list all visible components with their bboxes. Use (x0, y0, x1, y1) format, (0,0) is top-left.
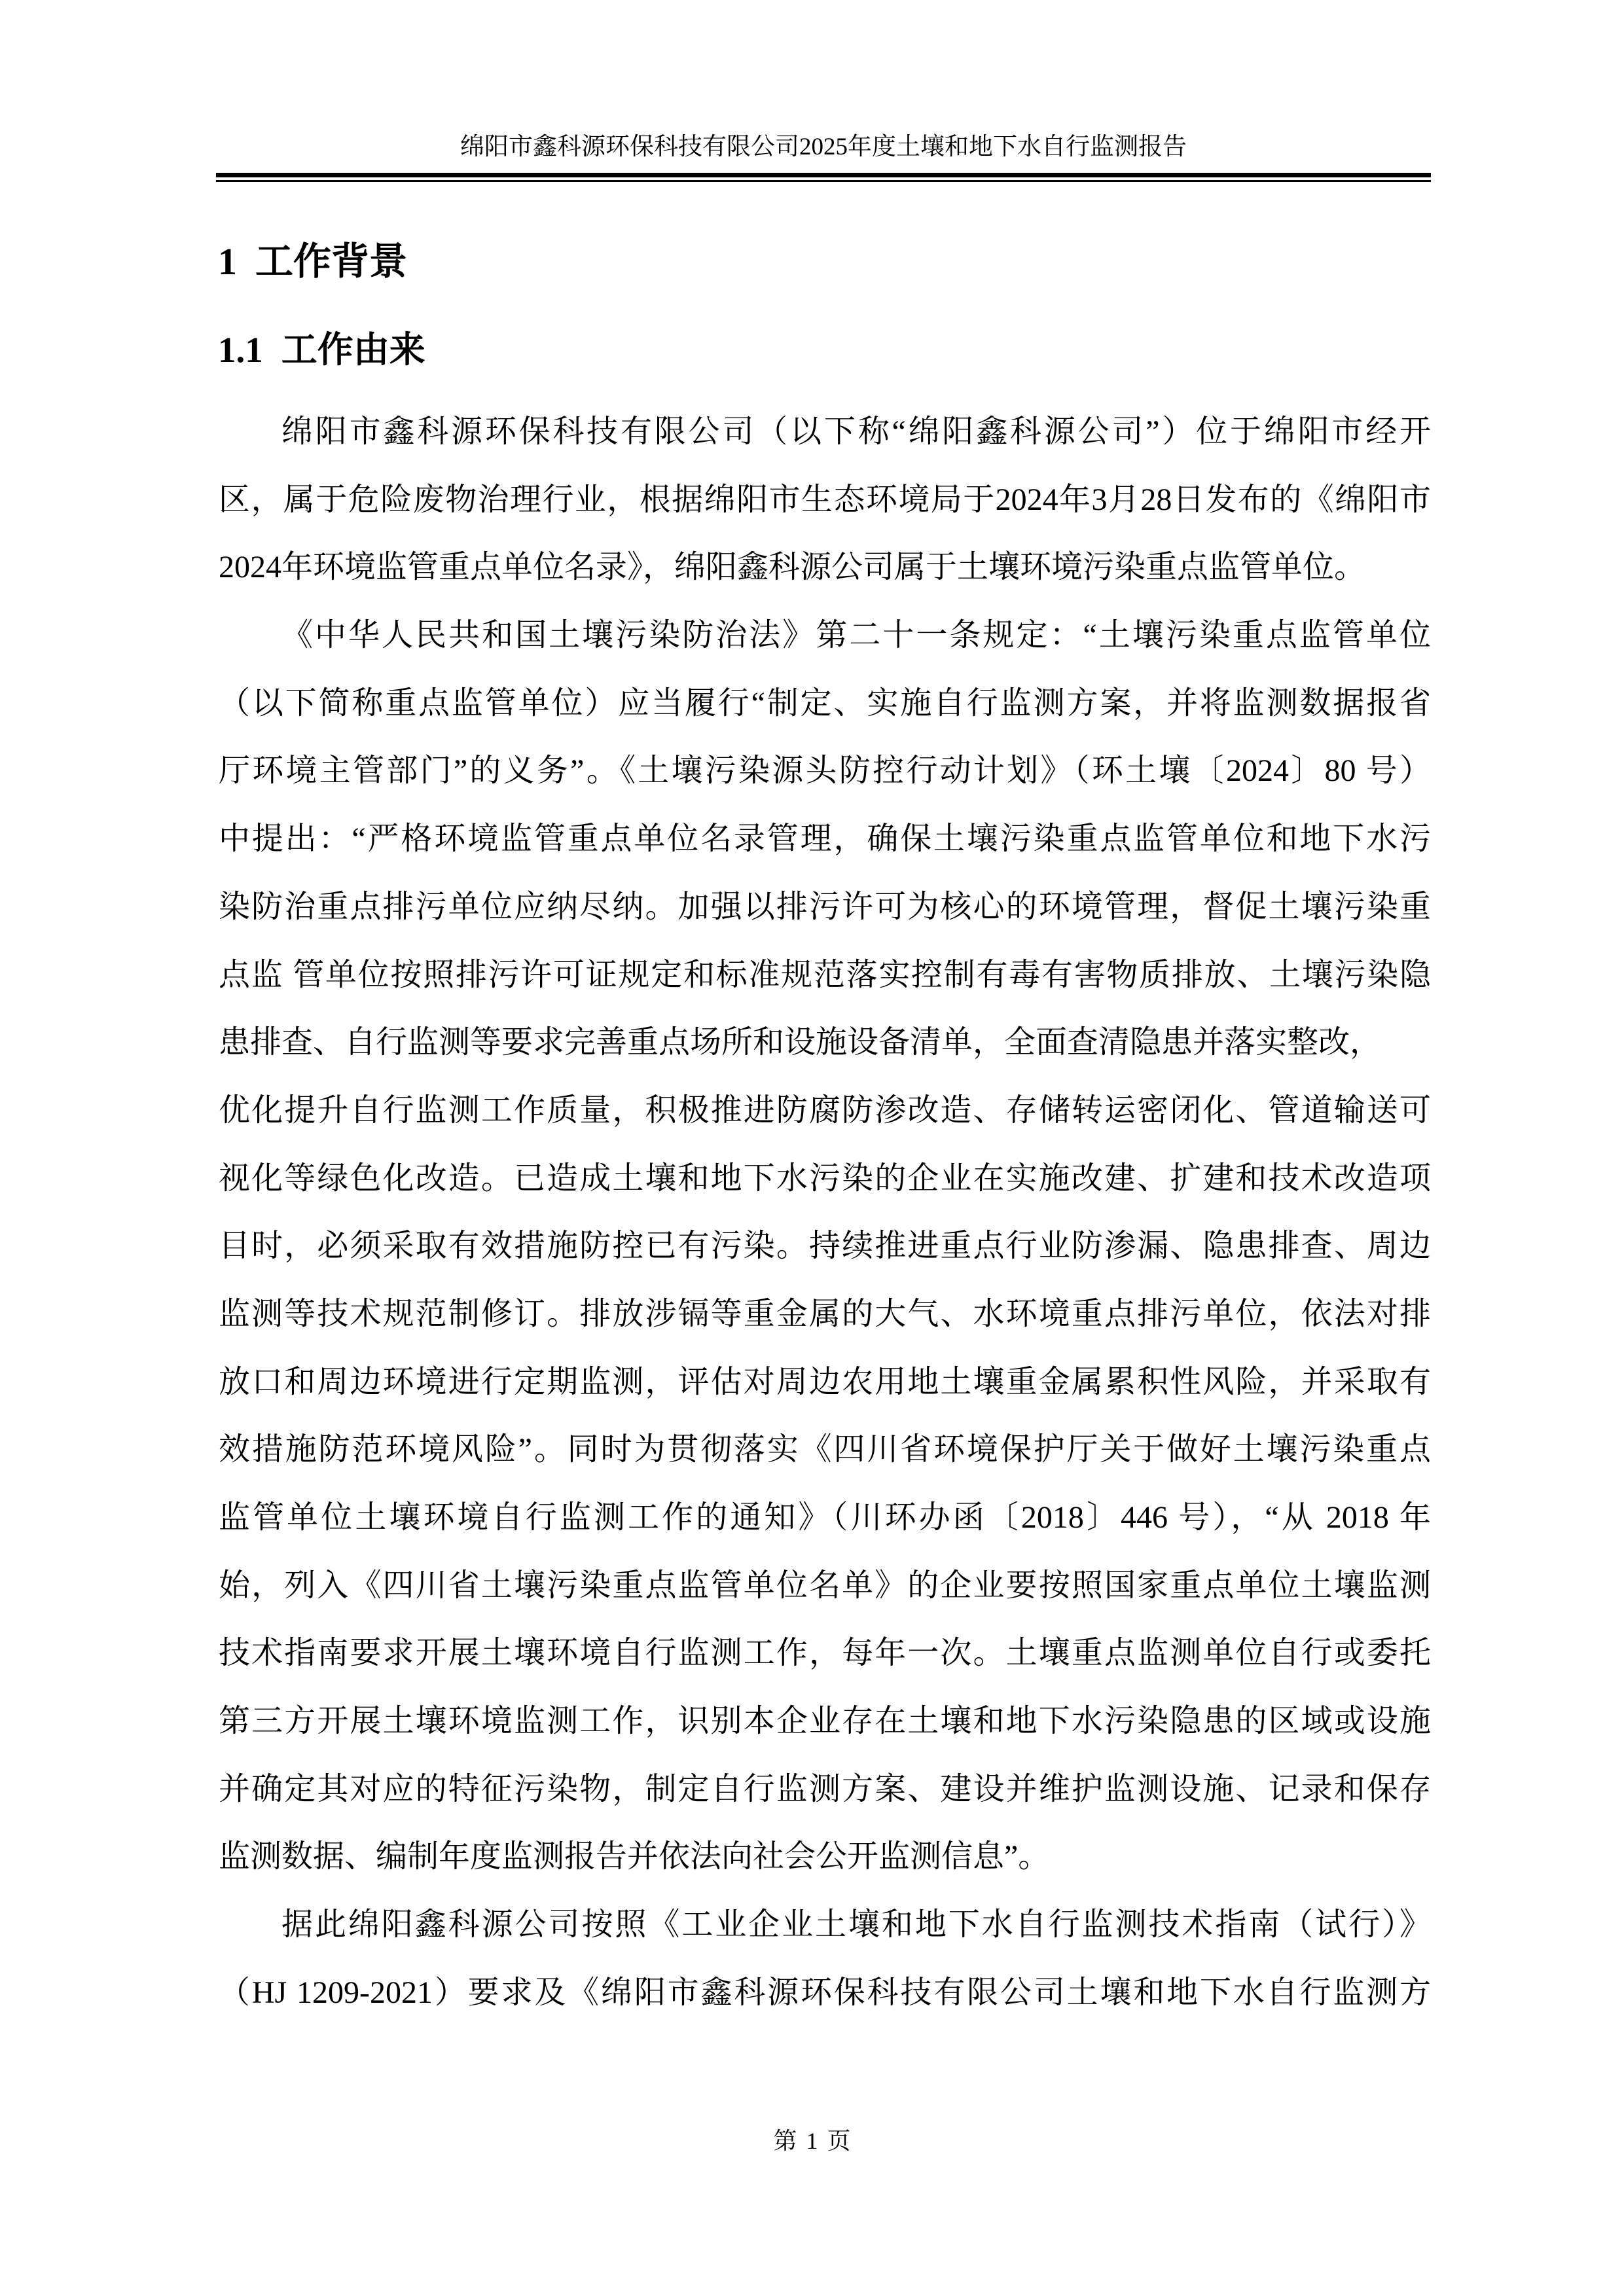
running-header: 绵阳市鑫科源环保科技有限公司2025年度土壤和地下水自行监测报告 (216, 131, 1431, 164)
subsection-title: 工作由来 (281, 330, 425, 370)
page-label-prefix: 第 (773, 2128, 797, 2154)
header-rule-thick (216, 173, 1431, 177)
text-line: 目时，必须采取有效措施防控已有污染。持续推进重点行业防渗漏、隐患排查、周边 (219, 1223, 1431, 1291)
section-number: 1 (218, 237, 237, 287)
text-line: 始，列入《四川省土壤污染重点监管单位名单》的企业要按照国家重点单位土壤监测 (219, 1562, 1431, 1630)
paragraph-company-intro: 绵阳市鑫科源环保科技有限公司（以下称“绵阳鑫科源公司”）位于绵阳市经开 区，属于… (219, 408, 1431, 612)
text-line: 染防治重点排污单位应纳尽纳。加强以排污许可为核心的环境管理，督促土壤污染重 (219, 884, 1431, 952)
text-line: 绵阳市鑫科源环保科技有限公司（以下称“绵阳鑫科源公司”）位于绵阳市经开 (219, 408, 1431, 476)
text-line: 患排查、自行监测等要求完善重点场所和设施设备清单，全面查清隐患并落实整改， (219, 1019, 1431, 1087)
text-line: 据此绵阳鑫科源公司按照《工业企业土壤和地下水自行监测技术指南（试行）》 (219, 1901, 1431, 1969)
text-line: 《中华人民共和国土壤污染防治法》第二十一条规定：“土壤污染重点监管单位 (219, 612, 1431, 680)
text-line: 监测等技术规范制修订。排放涉镉等重金属的大气、水环境重点排污单位，依法对排 (219, 1291, 1431, 1359)
text-line: 区，属于危险废物治理行业，根据绵阳市生态环境局于2024年3月28日发布的《绵阳… (219, 476, 1431, 545)
text-line: 中提出：“严格环境监管重点单位名录管理，确保土壤污染重点监管单位和地下水污 (219, 816, 1431, 884)
section-heading-1: 1工作背景 (218, 237, 407, 287)
text-line: 2024年环境监管重点单位名录》，绵阳鑫科源公司属于土壤环境污染重点监管单位。 (219, 544, 1431, 612)
text-line: 监测数据、编制年度监测报告并依法向社会公开监测信息”。 (219, 1833, 1431, 1901)
subsection-number: 1.1 (218, 325, 263, 375)
page-label-suffix: 页 (827, 2128, 851, 2154)
section-title: 工作背景 (255, 240, 407, 283)
text-line: （以下简称重点监管单位）应当履行“制定、实施自行监测方案，并将监测数据报省 (219, 680, 1431, 748)
text-line: 优化提升自行监测工作质量，积极推进防腐防渗改造、存储转运密闭化、管道输送可 (219, 1087, 1431, 1155)
subsection-heading-1-1: 1.1工作由来 (218, 325, 425, 375)
text-line: 并确定其对应的特征污染物，制定自行监测方案、建设并维护监测设施、记录和保存 (219, 1766, 1431, 1834)
text-line: （HJ 1209-2021）要求及《绵阳市鑫科源环保科技有限公司土壤和地下水自行… (219, 1969, 1431, 2037)
page-number: 1 (806, 2125, 818, 2157)
text-line: 效措施防范环境风险”。同时为贯彻落实《四川省环境保护厅关于做好土壤污染重点 (219, 1426, 1431, 1494)
text-line: 第三方开展土壤环境监测工作，识别本企业存在土壤和地下水污染隐患的区域或设施 (219, 1698, 1431, 1766)
paragraph-legal-basis: 《中华人民共和国土壤污染防治法》第二十一条规定：“土壤污染重点监管单位 （以下简… (219, 612, 1431, 1901)
body-text: 绵阳市鑫科源环保科技有限公司（以下称“绵阳鑫科源公司”）位于绵阳市经开 区，属于… (219, 408, 1431, 2037)
text-line: 放口和周边环境进行定期监测，评估对周边农用地土壤重金属累积性风险，并采取有 (219, 1359, 1431, 1427)
text-line: 监管单位土壤环境自行监测工作的通知》（川环办函〔2018〕446 号），“从 2… (219, 1494, 1431, 1562)
text-line: 技术指南要求开展土壤环境自行监测工作，每年一次。土壤重点监测单位自行或委托 (219, 1630, 1431, 1698)
report-title: 绵阳市鑫科源环保科技有限公司2025年度土壤和地下水自行监测报告 (216, 131, 1431, 164)
text-line: 厅环境主管部门”的义务”。《土壤污染源头防控行动计划》（环土壤〔2024〕80 … (219, 747, 1431, 816)
text-line: 视化等绿色化改造。已造成土壤和地下水污染的企业在实施改建、扩建和技术改造项 (219, 1155, 1431, 1223)
page-footer: 第1页 (0, 2125, 1624, 2157)
header-rule-thin (216, 180, 1431, 182)
paragraph-monitoring-basis: 据此绵阳鑫科源公司按照《工业企业土壤和地下水自行监测技术指南（试行）》 （HJ … (219, 1901, 1431, 2037)
text-line: 点监 管单位按照排污许可证规定和标准规范落实控制有毒有害物质排放、土壤污染隐 (219, 952, 1431, 1020)
